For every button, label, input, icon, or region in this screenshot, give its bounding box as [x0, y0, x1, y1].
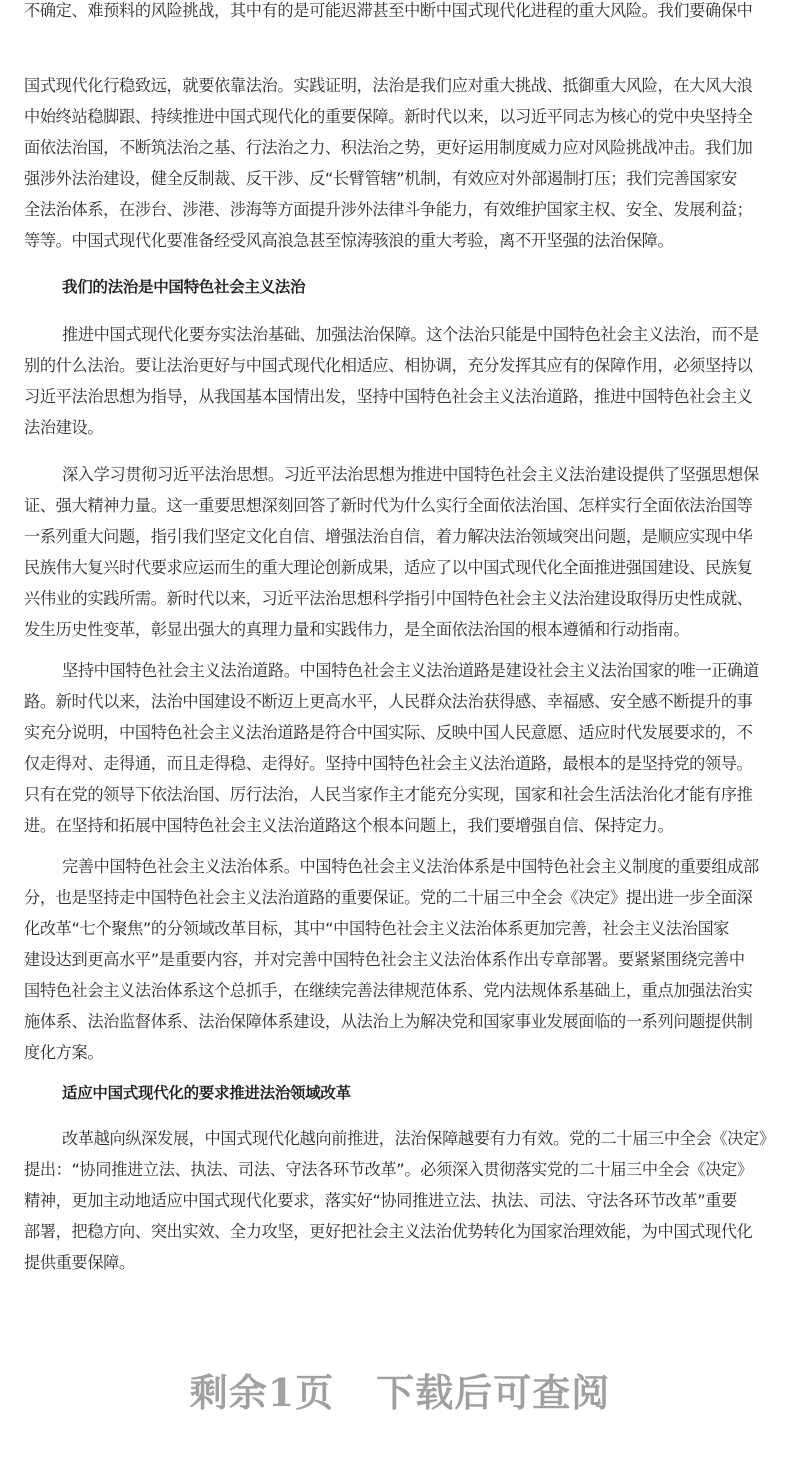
text-line: 完善中国特色社会主义法治体系。中国特色社会主义法治体系是中国特色社会主义制度的重…: [62, 857, 778, 877]
text-line: 发生历史性变革，彰显出强大的真理力量和实践伟力，是全面依法治国的根本遵循和行动指…: [24, 620, 778, 640]
text-line: 法治建设。: [24, 418, 778, 438]
text-line: 改革越向纵深发展，中国式现代化越向前推进，法治保障越要有力有效。党的二十届三中全…: [62, 1129, 778, 1149]
text-line: 进。在坚持和拓展中国特色社会主义法治道路这个根本问题上，我们要增强自信、保持定力…: [24, 816, 778, 836]
text-line: 深入学习贯彻习近平法治思想。习近平法治思想为推进中国特色社会主义法治建设提供了坚…: [62, 465, 778, 485]
text-line: 一系列重大问题，指引我们坚定文化自信、增强法治自信，着力解决法治领域突出问题，是…: [24, 527, 778, 547]
text-line: 路。新时代以来，法治中国建设不断迈上更高水平，人民群众法治获得感、幸福感、安全感…: [24, 692, 778, 712]
text-line: 强涉外法治建设，健全反制裁、反干涉、反“长臂管辖”机制，有效应对外部遏制打压；我…: [24, 169, 778, 189]
remaining-pages-label: 剩余1页: [190, 1362, 334, 1417]
text-line: 全法治体系，在涉台、涉港、涉海等方面提升涉外法律斗争能力，有效维护国家主权、安全…: [24, 200, 778, 220]
text-line: 度化方案。: [24, 1043, 778, 1063]
section-heading: 我们的法治是中国特色社会主义法治: [62, 275, 305, 297]
text-line: 民族伟大复兴时代要求应运而生的重大理论创新成果，适应了以中国式现代化全面推进强国…: [24, 558, 778, 578]
text-line: 国特色社会主义法治体系这个总抓手，在继续完善法律规范体系、党内法规体系基础上，重…: [24, 981, 778, 1001]
text-line: 分，也是坚持走中国特色社会主义法治道路的重要保证。党的二十届三中全会《决定》提出…: [24, 888, 778, 908]
text-line: 国式现代化行稳致远，就要依靠法治。实践证明，法治是我们应对重大挑战、抵御重大风险…: [24, 76, 778, 96]
text-line: 坚持中国特色社会主义法治道路。中国特色社会主义法治道路是建设社会主义法治国家的唯…: [62, 661, 778, 681]
text-line: 部署，把稳方向、突出实效、全力攻坚，更好把社会主义法治优势转化为国家治理效能，为…: [24, 1222, 778, 1242]
text-line: 仅走得对、走得通，而且走得稳、走得好。坚持中国特色社会主义法治道路，最根本的是坚…: [24, 754, 778, 774]
text-line: 等等。中国式现代化要准备经受风高浪急甚至惊涛骇浪的重大考验，离不开坚强的法治保障…: [24, 231, 778, 251]
text-line: 面依法治国，不断筑法治之基、行法治之力、积法治之势，更好运用制度威力应对风险挑战…: [24, 138, 778, 158]
text-line: 只有在党的领导下依法治国、厉行法治，人民当家作主才能充分实现，国家和社会生活法治…: [24, 785, 778, 805]
text-line: 习近平法治思想为指导，从我国基本国情出发，坚持中国特色社会主义法治道路，推进中国…: [24, 387, 778, 407]
download-prompt-label: 下载后可查阅: [376, 1362, 610, 1417]
text-line: 推进中国式现代化要夯实法治基础、加强法治保障。这个法治只能是中国特色社会主义法治…: [62, 325, 778, 345]
text-line: 实充分说明，中国特色社会主义法治道路是符合中国实际、反映中国人民意愿、适应时代发…: [24, 723, 778, 743]
download-to-read-more-button[interactable]: 剩余1页下载后可查阅: [0, 1362, 800, 1417]
section-heading: 适应中国式现代化的要求推进法治领域改革: [62, 1081, 351, 1103]
text-line: 施体系、法治监督体系、法治保障体系建设，从法治上为解决党和国家事业发展面临的一系…: [24, 1012, 778, 1032]
text-line: 别的什么法治。要让法治更好与中国式现代化相适应、相协调，充分发挥其应有的保障作用…: [24, 356, 778, 376]
text-line: 精神，更加主动地适应中国式现代化要求，落实好“协同推进立法、执法、司法、守法各环…: [24, 1191, 778, 1211]
text-line: 提出：“协同推进立法、执法、司法、守法各环节改革”。必须深入贯彻落实党的二十届三…: [24, 1160, 778, 1180]
text-line: 证、强大精神力量。这一重要思想深刻回答了新时代为什么实行全面依法治国、怎样实行全…: [24, 496, 778, 516]
text-line: 化改革“七个聚焦”的分领域改革目标，其中“中国特色社会主义法治体系更加完善，社会…: [24, 919, 778, 939]
text-line: 建设达到更高水平”是重要内容，并对完善中国特色社会主义法治体系作出专章部署。要紧…: [24, 950, 778, 970]
text-line: 不确定、难预料的风险挑战，其中有的是可能迟滞甚至中断中国式现代化进程的重大风险。…: [24, 1, 778, 21]
text-line: 兴伟业的实践所需。新时代以来，习近平法治思想科学指引中国特色社会主义法治建设取得…: [24, 589, 778, 609]
text-line: 中始终站稳脚跟、持续推进中国式现代化的重要保障。新时代以来，以习近平同志为核心的…: [24, 107, 778, 127]
text-line: 提供重要保障。: [24, 1253, 778, 1273]
